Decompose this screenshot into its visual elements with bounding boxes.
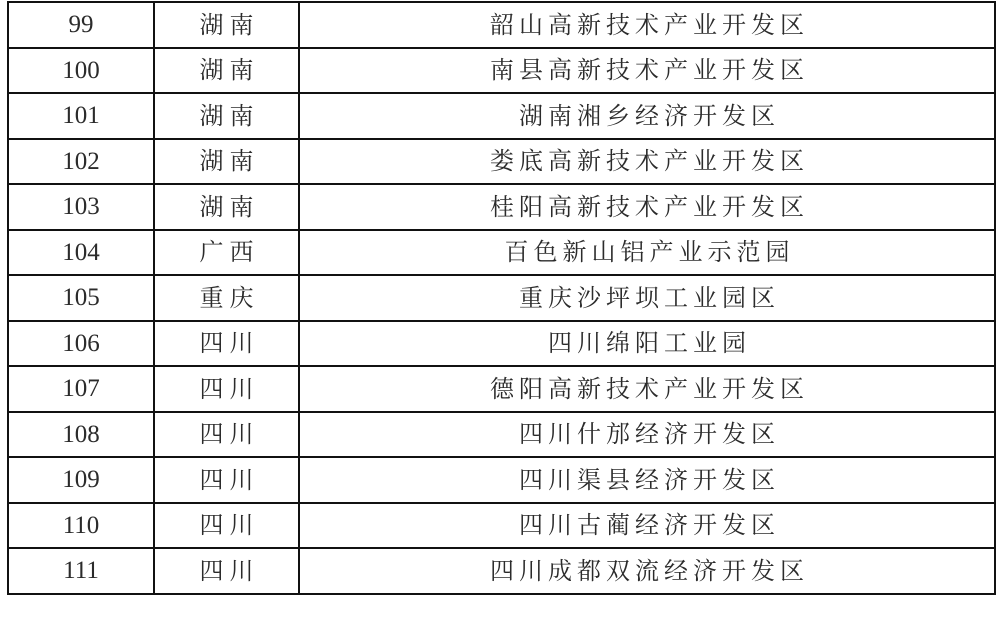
- row-index: 99: [8, 2, 154, 48]
- table-row: 102 湖南 娄底高新技术产业开发区: [8, 139, 995, 185]
- row-zone-name: 桂阳高新技术产业开发区: [299, 184, 995, 230]
- table-body: 99 湖南 韶山高新技术产业开发区 100 湖南 南县高新技术产业开发区 101…: [8, 2, 995, 594]
- row-province: 重庆: [154, 275, 299, 321]
- table-row: 101 湖南 湖南湘乡经济开发区: [8, 93, 995, 139]
- row-index: 107: [8, 366, 154, 412]
- row-zone-name: 重庆沙坪坝工业园区: [299, 275, 995, 321]
- row-province: 四川: [154, 503, 299, 549]
- row-province: 四川: [154, 457, 299, 503]
- row-province: 湖南: [154, 139, 299, 185]
- row-province: 湖南: [154, 48, 299, 94]
- row-zone-name: 四川绵阳工业园: [299, 321, 995, 367]
- row-index: 111: [8, 548, 154, 594]
- row-province: 四川: [154, 548, 299, 594]
- row-zone-name: 南县高新技术产业开发区: [299, 48, 995, 94]
- row-zone-name: 湖南湘乡经济开发区: [299, 93, 995, 139]
- row-index: 109: [8, 457, 154, 503]
- row-index: 105: [8, 275, 154, 321]
- row-zone-name: 四川渠县经济开发区: [299, 457, 995, 503]
- row-index: 104: [8, 230, 154, 276]
- table-row: 104 广西 百色新山铝产业示范园: [8, 230, 995, 276]
- row-zone-name: 四川成都双流经济开发区: [299, 548, 995, 594]
- row-index: 108: [8, 412, 154, 458]
- row-province: 广西: [154, 230, 299, 276]
- industrial-park-table: 99 湖南 韶山高新技术产业开发区 100 湖南 南县高新技术产业开发区 101…: [7, 1, 996, 595]
- row-index: 102: [8, 139, 154, 185]
- row-index: 101: [8, 93, 154, 139]
- row-province: 四川: [154, 321, 299, 367]
- table-row: 103 湖南 桂阳高新技术产业开发区: [8, 184, 995, 230]
- row-zone-name: 四川古蔺经济开发区: [299, 503, 995, 549]
- table-row: 111 四川 四川成都双流经济开发区: [8, 548, 995, 594]
- row-province: 湖南: [154, 2, 299, 48]
- row-province: 湖南: [154, 93, 299, 139]
- row-province: 四川: [154, 366, 299, 412]
- row-index: 103: [8, 184, 154, 230]
- table-row: 110 四川 四川古蔺经济开发区: [8, 503, 995, 549]
- table-row: 106 四川 四川绵阳工业园: [8, 321, 995, 367]
- row-province: 湖南: [154, 184, 299, 230]
- table-row: 109 四川 四川渠县经济开发区: [8, 457, 995, 503]
- row-zone-name: 韶山高新技术产业开发区: [299, 2, 995, 48]
- industrial-park-table-container: 99 湖南 韶山高新技术产业开发区 100 湖南 南县高新技术产业开发区 101…: [7, 1, 994, 595]
- table-row: 99 湖南 韶山高新技术产业开发区: [8, 2, 995, 48]
- row-index: 100: [8, 48, 154, 94]
- row-zone-name: 娄底高新技术产业开发区: [299, 139, 995, 185]
- row-province: 四川: [154, 412, 299, 458]
- row-zone-name: 四川什邡经济开发区: [299, 412, 995, 458]
- row-zone-name: 百色新山铝产业示范园: [299, 230, 995, 276]
- table-row: 105 重庆 重庆沙坪坝工业园区: [8, 275, 995, 321]
- row-index: 110: [8, 503, 154, 549]
- row-index: 106: [8, 321, 154, 367]
- row-zone-name: 德阳高新技术产业开发区: [299, 366, 995, 412]
- table-row: 107 四川 德阳高新技术产业开发区: [8, 366, 995, 412]
- table-row: 108 四川 四川什邡经济开发区: [8, 412, 995, 458]
- table-row: 100 湖南 南县高新技术产业开发区: [8, 48, 995, 94]
